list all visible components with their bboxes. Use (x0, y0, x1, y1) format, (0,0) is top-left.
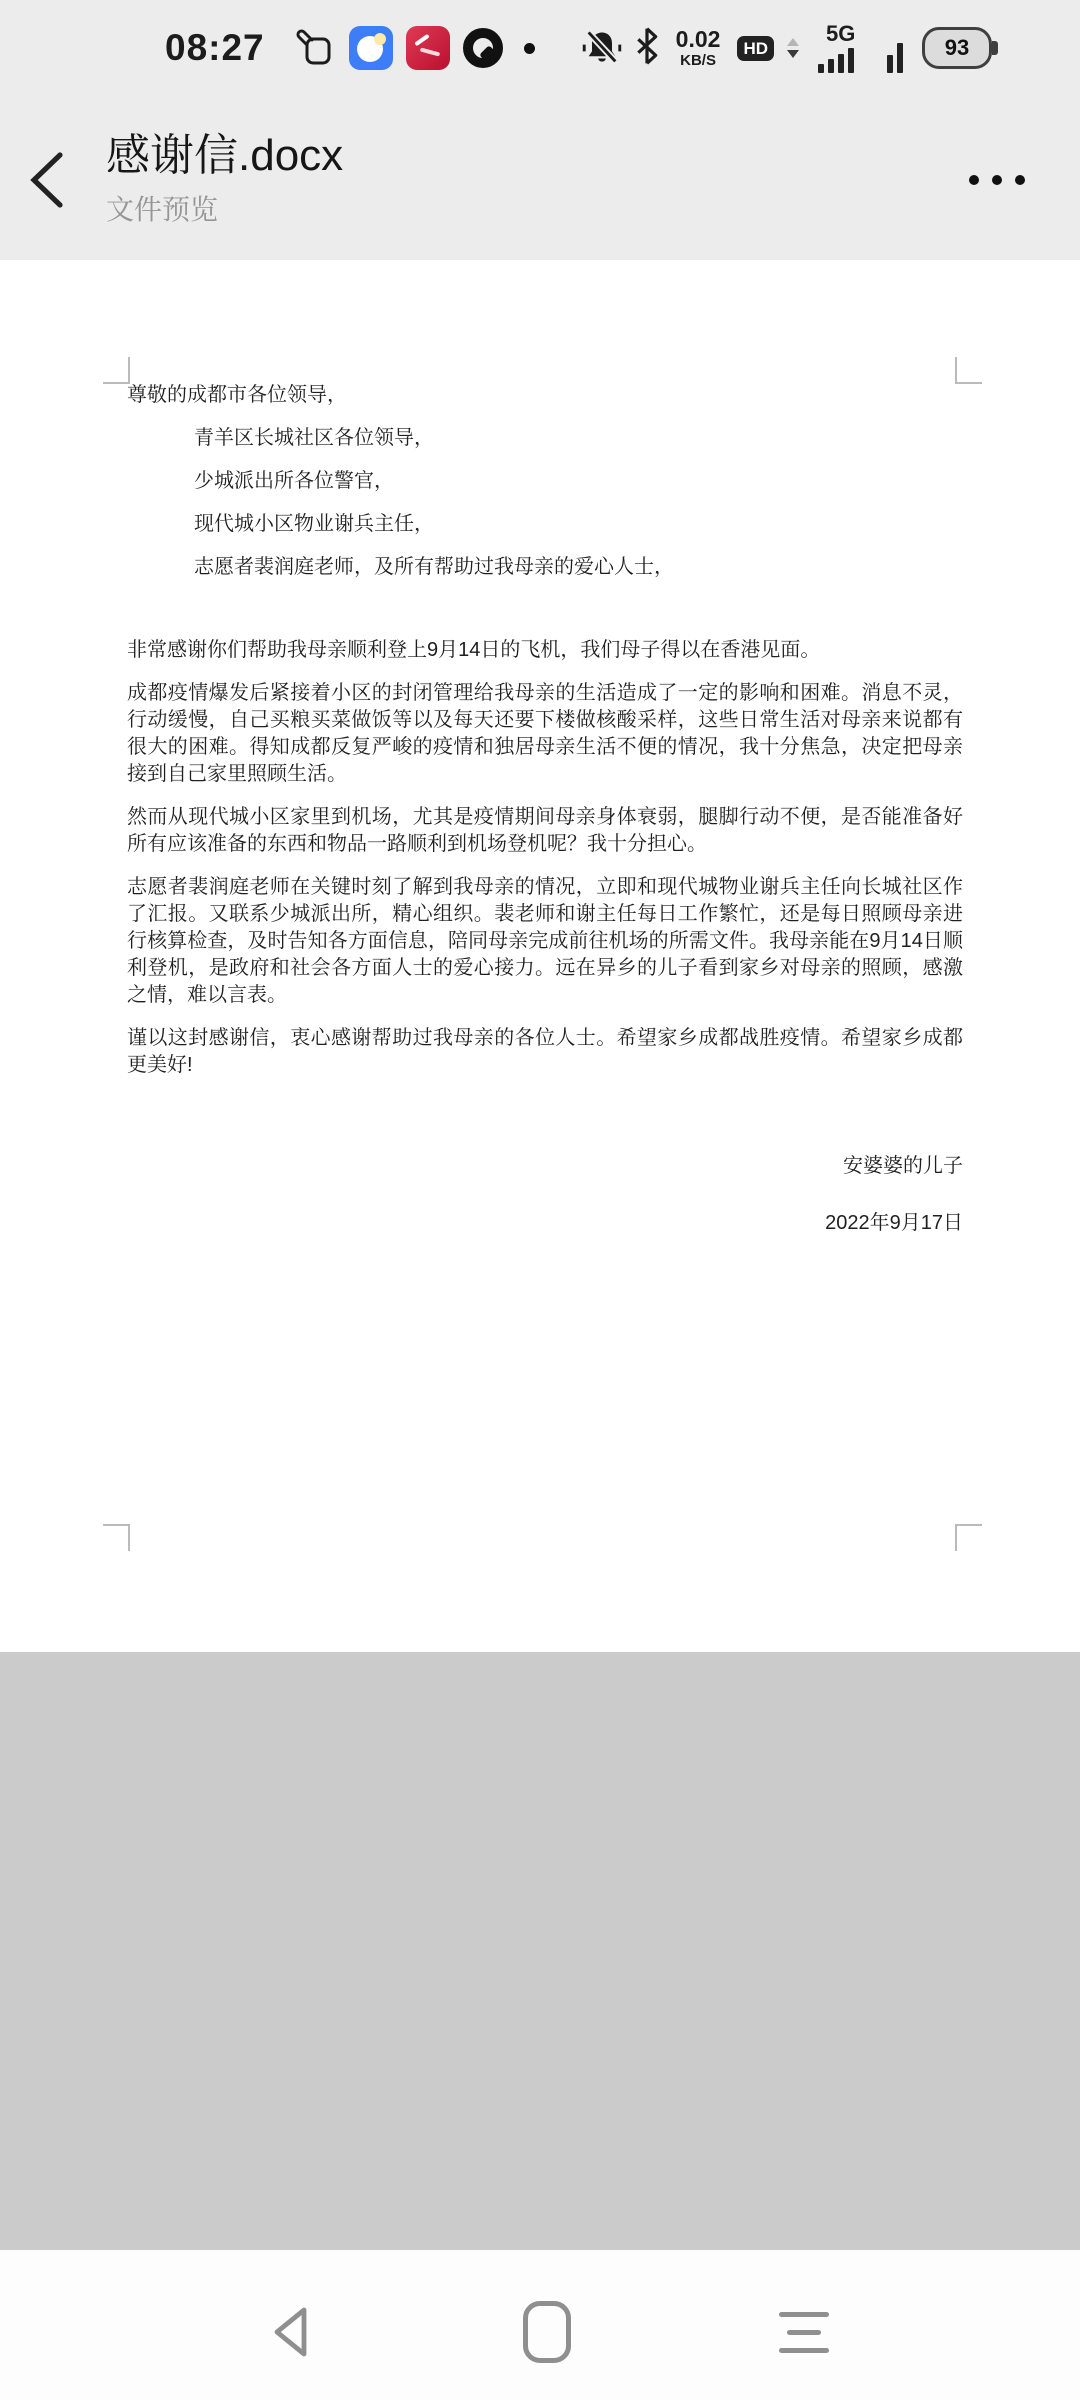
network-speed-value: 0.02 (676, 28, 721, 51)
brush-mark (414, 34, 429, 46)
signal-bar (828, 59, 834, 73)
battery-nub (992, 41, 998, 55)
cleaner-app-icon (292, 26, 336, 70)
brush-mark (419, 47, 439, 56)
home-icon (523, 2301, 571, 2363)
q-browser-app-icon (463, 28, 503, 68)
network-speed: 0.02 KB/S (676, 28, 721, 68)
network-speed-unit: KB/S (680, 53, 716, 68)
salutation-line: 少城派出所各位警官， (127, 468, 963, 495)
moon-glyph (374, 33, 386, 45)
page-margin-mark (103, 357, 130, 384)
hd-volte-badge: HD (737, 36, 774, 61)
letter-date: 2022年9月17日 (127, 1210, 963, 1237)
recents-line (787, 2330, 821, 2335)
salutation-line: 现代城小区物业谢兵主任， (127, 511, 963, 538)
letter-body: 尊敬的成都市各位领导， 青羊区长城社区各位领导， 少城派出所各位警官， 现代城小… (127, 382, 963, 1237)
phone-screen: 08:27 (0, 0, 1080, 2400)
menu-dot (969, 175, 979, 185)
recents-line (779, 2312, 829, 2317)
page-margin-mark (955, 357, 982, 384)
letter-paragraph: 非常感谢你们帮助我母亲顺利登上9月14日的飞机，我们母子得以在香港见面。 (127, 637, 963, 664)
more-notifications-dot (524, 43, 535, 54)
navigation-bar (0, 2250, 1080, 2400)
up-arrow (787, 38, 799, 46)
document-preview[interactable]: 尊敬的成都市各位领导， 青羊区长城社区各位领导， 少城派出所各位警官， 现代城小… (0, 260, 1080, 1652)
battery-percent: 93 (945, 35, 969, 61)
menu-dot (1015, 175, 1025, 185)
back-button[interactable] (28, 145, 88, 215)
back-chevron-icon (28, 151, 66, 209)
network-type-label: 5G (826, 21, 855, 47)
page-title: 感谢信.docx (106, 132, 343, 180)
more-menu-button[interactable] (969, 155, 1025, 205)
bluetooth-icon (635, 23, 659, 74)
signal-bar (897, 43, 903, 73)
menu-dot (992, 175, 1002, 185)
q-tail (479, 45, 499, 65)
title-bar: 感谢信.docx 文件预览 (0, 90, 1080, 260)
preview-backdrop (0, 1652, 1080, 2250)
letter-paragraph: 然而从现代城小区家里到机场，尤其是疫情期间母亲身体衰弱，腿脚行动不便，是否能准备… (127, 804, 963, 858)
recents-line (779, 2348, 829, 2353)
letter-paragraph: 志愿者裴润庭老师在关键时刻了解到我母亲的情况，立即和现代城物业谢兵主任向长城社区… (127, 874, 963, 1009)
signature: 安婆婆的儿子 (127, 1153, 963, 1180)
title-block: 感谢信.docx 文件预览 (106, 132, 343, 228)
recents-icon (779, 2312, 829, 2353)
signal-bar (848, 48, 854, 73)
mute-bell-icon (582, 28, 622, 73)
down-arrow (787, 50, 799, 58)
nav-recents-button[interactable] (744, 2287, 864, 2377)
status-bar: 08:27 (0, 0, 1080, 90)
battery-icon: 93 (922, 27, 992, 69)
page-margin-mark (955, 1524, 982, 1551)
page-subtitle: 文件预览 (106, 188, 343, 228)
salutation-line: 尊敬的成都市各位领导， (127, 382, 963, 409)
nav-back-button[interactable] (230, 2287, 350, 2377)
letter-paragraph: 成都疫情爆发后紧接着小区的封闭管理给我母亲的生活造成了一定的影响和困难。消息不灵… (127, 680, 963, 788)
cloud-app-icon (349, 26, 393, 70)
nav-back-triangle-icon (267, 2305, 313, 2359)
sim1-signal-icon: 5G (812, 23, 874, 73)
signal-bar (838, 54, 844, 73)
clock: 08:27 (165, 27, 265, 69)
nav-home-button[interactable] (487, 2287, 607, 2377)
letter-paragraph: 谨以这封感谢信，衷心感谢帮助过我母亲的各位人士。希望家乡成都战胜疫情。希望家乡成… (127, 1025, 963, 1079)
data-arrows-icon (787, 38, 799, 58)
salutation-line: 志愿者裴润庭老师，及所有帮助过我母亲的爱心人士， (127, 554, 963, 581)
page-margin-mark (103, 1524, 130, 1551)
signal-bar (887, 55, 893, 73)
red-media-app-icon (406, 26, 450, 70)
signal-bars (818, 48, 854, 73)
salutation-line: 青羊区长城社区各位领导， (127, 425, 963, 452)
signal-bar (818, 64, 824, 73)
sim2-signal-icon (887, 23, 903, 73)
